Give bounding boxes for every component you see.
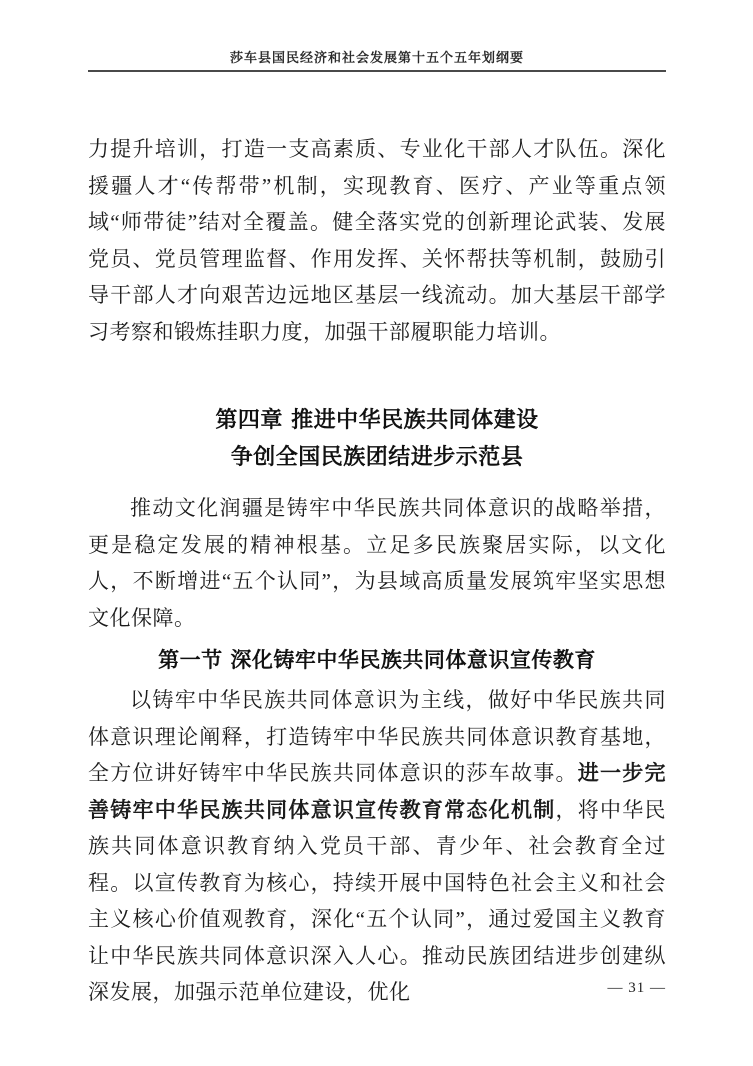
page-header-title: 莎车县国民经济和社会发展第十五个五年划纲要 <box>88 47 666 66</box>
paragraph-section-body: 以铸牢中华民族共同体意识为主线，做好中华民族共同体意识理论阐释，打造铸牢中华民族… <box>88 682 666 1011</box>
page-body: 力提升培训，打造一支高素质、专业化干部人才队伍。深化援疆人才“传帮带”机制，实现… <box>88 131 666 1011</box>
chapter-heading-line-1: 第四章 推进中华民族共同体建设 <box>88 402 666 439</box>
paragraph-continuation: 力提升培训，打造一支高素质、专业化干部人才队伍。深化援疆人才“传帮带”机制，实现… <box>88 131 666 350</box>
document-page: 莎车县国民经济和社会发展第十五个五年划纲要 力提升培训，打造一支高素质、专业化干… <box>0 0 753 1066</box>
paragraph-intro: 推动文化润疆是铸牢中华民族共同体意识的战略举措，更是稳定发展的精神根基。立足多民… <box>88 490 666 636</box>
section-heading: 第一节 深化铸牢中华民族共同体意识宣传教育 <box>88 642 666 679</box>
paragraph-section-body-post: ，将中华民族共同体意识教育纳入党员干部、青少年、社会教育全过程。以宣传教育为核心… <box>88 798 666 1005</box>
page-number: — 31 — <box>88 980 666 997</box>
chapter-heading-line-2: 争创全国民族团结进步示范县 <box>88 439 666 476</box>
header-rule <box>88 70 666 72</box>
chapter-heading: 第四章 推进中华民族共同体建设 争创全国民族团结进步示范县 <box>88 402 666 476</box>
